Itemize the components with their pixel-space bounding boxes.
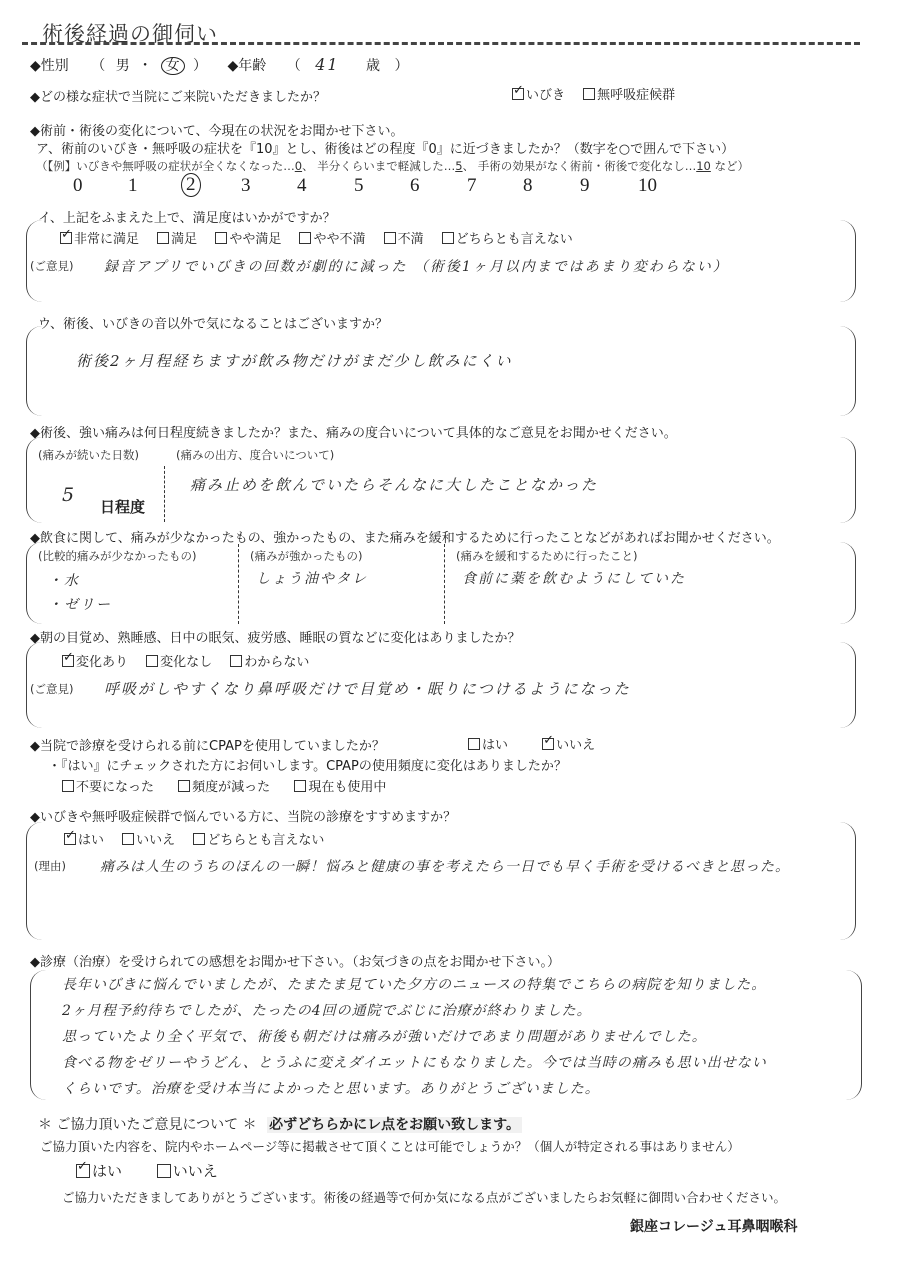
impression-line-3[interactable]: 思っていたより全く平気で、術後も朝だけは痛みが強いだけであまり問題がありませんで… [62, 1026, 707, 1046]
food-less-item-2[interactable]: ・ゼリー [48, 594, 112, 614]
checkbox-empty-icon [157, 1164, 171, 1178]
gender-option-female-circled[interactable]: 女 [161, 57, 185, 75]
checkbox-empty-icon [157, 232, 169, 244]
checkbox-snoring[interactable]: いびき [512, 84, 565, 103]
title-divider [22, 42, 860, 45]
satisfaction-opinion-text[interactable]: 録音アプリでいびきの回数が劇的に減った （術後1ヶ月以内まではあまり変わらない） [104, 256, 729, 276]
impression-line-2[interactable]: 2ヶ月程予約待ちでしたが、たったの4回の通院でぶじに治療が終わりました。 [62, 1000, 592, 1020]
satisfaction-opinion-label: (ご意見) [30, 258, 73, 274]
sleep-opinion-text[interactable]: 呼吸がしやすくなり鼻呼吸だけで目覚め・眠りにつけるようになった [104, 678, 631, 699]
other-concerns-box [26, 326, 856, 416]
checkbox-apnea[interactable]: 無呼吸症候群 [583, 84, 675, 103]
pain-degree-text[interactable]: 痛み止めを飲んでいたらそんなに大したことなかった [190, 474, 598, 495]
checkbox-checked-icon [60, 232, 72, 244]
checkbox-recommend-yes[interactable]: はい [64, 829, 104, 848]
cpap-followup: ・『はい』にチェックされた方にお伺いします。CPAPの使用頻度に変化はありました… [48, 755, 567, 774]
checkbox-recommend-neither[interactable]: どちらとも言えない [193, 829, 324, 848]
cpap-followup-options: 不要になった 頻度が減った 現在も使用中 [62, 776, 400, 796]
pain-days-unit: 日程度 [100, 496, 145, 517]
checkbox-checked-icon [62, 655, 74, 667]
profile-row: ◆性別 （ 男 ・ 女 ） ◆年齢 （ 41 歳 ） [30, 55, 408, 75]
recommend-reason-text[interactable]: 痛みは人生のうちのほんの一瞬！悩みと健康の事を考えたら一日でも早く手術を受けるべ… [100, 856, 790, 876]
checkbox-cpap-still-using[interactable]: 現在も使用中 [294, 776, 386, 795]
scale-3[interactable]: 3 [241, 175, 251, 197]
consent-required-note: 必ずどちらかにレ点をお願い致します。 [267, 1117, 522, 1133]
checkbox-unknown[interactable]: わからない [230, 651, 309, 670]
pain-days-value[interactable]: 5 [62, 484, 76, 506]
scale-5[interactable]: 5 [354, 175, 364, 197]
clinic-name: 銀座コレージュ耳鼻咽喉科 [630, 1216, 797, 1236]
checkbox-checked-icon [542, 738, 554, 750]
severity-scale: 0 1 2 3 4 5 6 7 8 9 10 [0, 175, 900, 201]
checkbox-checked-icon [512, 88, 524, 100]
impression-line-5[interactable]: くらいです。治療を受け本当によかったと思います。ありがとうございました。 [62, 1078, 600, 1098]
recommend-reason-label: (理由) [34, 858, 66, 874]
checkbox-no-change[interactable]: 変化なし [146, 651, 212, 670]
food-divider-1 [238, 544, 239, 624]
scale-4[interactable]: 4 [297, 175, 307, 197]
checkbox-consent-yes[interactable]: はい [76, 1160, 122, 1181]
age-label: ◆年齢 [228, 58, 267, 74]
checkbox-checked-icon [64, 833, 76, 845]
checkbox-cpap-unneeded[interactable]: 不要になった [62, 776, 154, 795]
cpap-question: ◆当院で診療を受けられる前にCPAPを使用していましたか？ [30, 735, 385, 754]
other-concerns-answer[interactable]: 術後2ヶ月程経ちますが飲み物だけがまだ少し飲みにくい [76, 350, 513, 371]
checkbox-empty-icon [384, 232, 396, 244]
change-question: ◆術前・術後の変化について、今現在の状況をお聞かせ下さい。 [30, 120, 403, 139]
food-divider-2 [444, 544, 445, 624]
impression-question: ◆診療（治療）を受けられての感想をお聞かせ下さい。（お気づきの点をお聞かせ下さい… [30, 951, 560, 970]
pain-days-label: (痛みが続いた日数) [38, 447, 139, 463]
checkbox-very-satisfied[interactable]: 非常に満足 [60, 228, 139, 247]
scale-8[interactable]: 8 [523, 175, 533, 197]
checkbox-neither[interactable]: どちらとも言えない [442, 228, 573, 247]
checkbox-checked-icon [76, 1164, 90, 1178]
checkbox-empty-icon [215, 232, 227, 244]
age-value[interactable]: 41 [315, 55, 339, 74]
consent-heading-row: ＊ ご協力頂いたご意見について ＊ 必ずどちらかにレ点をお願い致します。 [38, 1114, 522, 1134]
food-strong-text[interactable]: しょう油やタレ [256, 568, 368, 588]
checkbox-satisfied[interactable]: 満足 [157, 228, 197, 247]
checkbox-cpap-yes[interactable]: はい [468, 734, 508, 753]
checkbox-empty-icon [583, 88, 595, 100]
sleep-options: 変化あり 変化なし わからない [62, 651, 323, 671]
food-less-item-1[interactable]: ・水 [48, 570, 80, 590]
checkbox-empty-icon [294, 780, 306, 792]
checkbox-changed[interactable]: 変化あり [62, 651, 128, 670]
symptom-question: ◆どの様な症状で当院にご来院いただきましたか？ [30, 86, 326, 105]
checkbox-dissatisfied[interactable]: 不満 [384, 228, 424, 247]
checkbox-empty-icon [62, 780, 74, 792]
consent-question: ご協力頂いた内容を、院内やホームページ等に掲載させて頂くことは可能でしょうか？（… [40, 1137, 740, 1155]
scale-10[interactable]: 10 [638, 175, 657, 197]
pain-column-divider [164, 466, 165, 522]
change-example: （【例】いびきや無呼吸の症状が全くなくなった…0、 半分くらいまで軽減した…5、… [36, 158, 749, 174]
checkbox-empty-icon [299, 232, 311, 244]
checkbox-empty-icon [193, 833, 205, 845]
checkbox-empty-icon [230, 655, 242, 667]
checkbox-recommend-no[interactable]: いいえ [122, 829, 175, 848]
food-strong-label: (痛みが強かったもの) [250, 548, 362, 564]
checkbox-consent-no[interactable]: いいえ [157, 1160, 218, 1181]
checkbox-cpap-reduced[interactable]: 頻度が減った [178, 776, 270, 795]
gender-label: ◆性別 [30, 58, 69, 74]
food-relief-label: (痛みを緩和するために行ったこと) [456, 548, 637, 564]
scale-2-circled[interactable]: 2 [181, 173, 201, 197]
consent-thanks: ご協力いただきましてありがとうございます。術後の経過等で何か気になる点がございま… [62, 1188, 786, 1206]
scale-0[interactable]: 0 [73, 175, 83, 197]
checkbox-empty-icon [122, 833, 134, 845]
impression-line-4[interactable]: 食べる物をゼリーやうどん、とうふに変えダイエットにもなりました。今では当時の痛み… [62, 1052, 767, 1072]
satisfaction-options: 非常に満足 満足 やや満足 やや不満 不満 どちらとも言えない [60, 228, 587, 248]
checkbox-empty-icon [468, 738, 480, 750]
scale-1[interactable]: 1 [128, 175, 138, 197]
change-prompt-a: ア、術前のいびき・無呼吸の症状を『10』とし、術後はどの程度『0』に近づきました… [36, 138, 734, 157]
checkbox-cpap-no[interactable]: いいえ [542, 734, 595, 753]
scale-9[interactable]: 9 [580, 175, 590, 197]
scale-7[interactable]: 7 [467, 175, 477, 197]
gender-option-male[interactable]: 男 [116, 58, 130, 74]
checkbox-somewhat-satisfied[interactable]: やや満足 [215, 228, 281, 247]
checkbox-somewhat-dissatisfied[interactable]: やや不満 [299, 228, 365, 247]
checkbox-empty-icon [442, 232, 454, 244]
consent-heading: ＊ ご協力頂いたご意見について ＊ [38, 1117, 257, 1133]
food-less-label: (比較的痛みが少なかったもの) [38, 548, 196, 564]
checkbox-empty-icon [178, 780, 190, 792]
recommend-options: はい いいえ どちらとも言えない [64, 829, 338, 849]
sleep-opinion-label: (ご意見) [30, 681, 73, 697]
food-relief-text[interactable]: 食前に薬を飲むようにしていた [462, 568, 686, 588]
checkbox-empty-icon [146, 655, 158, 667]
impression-line-1[interactable]: 長年いびきに悩んでいましたが、たまたま見ていた夕方のニュースの特集でこちらの病院… [62, 974, 766, 994]
cpap-options: はい いいえ [468, 734, 609, 754]
consent-options: はい いいえ [76, 1160, 232, 1182]
pain-degree-label: (痛みの出方、度合いについて) [176, 447, 334, 463]
age-unit: 歳 [366, 58, 380, 74]
symptom-options: いびき 無呼吸症候群 [512, 84, 689, 104]
scale-6[interactable]: 6 [410, 175, 420, 197]
